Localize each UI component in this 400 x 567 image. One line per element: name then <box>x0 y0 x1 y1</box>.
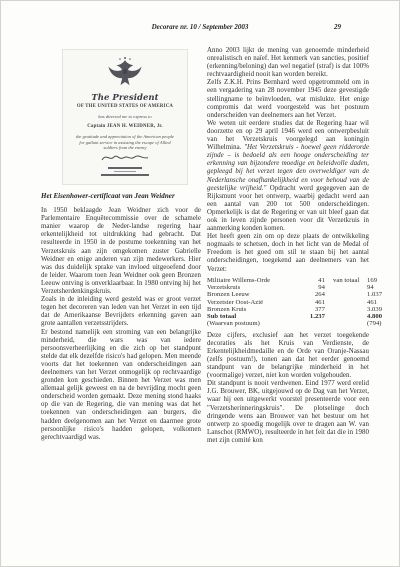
right-paragraph-6: Dit standpunt is nooit verdwenen. Eind 1… <box>207 380 369 445</box>
total-count: 1.037 <box>367 291 382 298</box>
table-row: Militaire Willems-Orde 41 van totaal 169 <box>207 277 369 284</box>
scanned-journal-page: Decorare nr. 10 / September 2003 29 The … <box>0 0 400 567</box>
verzet-count <box>293 320 325 327</box>
middle-label <box>325 320 367 327</box>
right-paragraph-3: We weten uit eerdere studies dat de Rege… <box>207 120 369 233</box>
verzet-count: 41 <box>293 277 325 284</box>
eisenhower-certificate-image: The President OF THE UNITED STATES OF AM… <box>62 49 188 185</box>
total-count: 169 <box>367 277 377 284</box>
left-column: The President OF THE UNITED STATES OF AM… <box>41 49 201 442</box>
certificate-title: The President <box>63 94 187 102</box>
left-paragraph-1: In 1950 beklaagde Jean Weidner zich voor… <box>41 207 201 296</box>
middle-label <box>325 306 367 313</box>
middle-label <box>325 299 367 306</box>
certificate-caption: Het Eisenhower-certificaat van Jean Weid… <box>41 192 201 200</box>
verzet-count: 377 <box>293 306 325 313</box>
signature-name-line <box>108 167 142 169</box>
verzet-count: 264 <box>293 291 325 298</box>
decoration-label: Bronzen Kruis <box>207 306 293 313</box>
page-number: 29 <box>334 23 341 31</box>
total-count: 94 <box>367 284 374 291</box>
signature-rank-line <box>114 171 136 173</box>
right-paragraph-1: Anno 2003 lijkt de mening van genoemde m… <box>207 47 369 79</box>
decoration-label: Bronzen Leeuw <box>207 291 293 298</box>
middle-label <box>325 291 367 298</box>
right-paragraph-5: Deze cijfers, exclusief aan het verzet t… <box>207 332 369 381</box>
decorations-table: Militaire Willems-Orde 41 van totaal 169… <box>207 277 369 328</box>
decoration-label: Sub totaal <box>207 313 293 320</box>
decoration-label: Militaire Willems-Orde <box>207 277 293 284</box>
left-paragraph-3: Er bestond namelijk een stroming van een… <box>41 329 201 442</box>
total-count: (794) <box>367 320 382 327</box>
signature-icon <box>63 152 187 166</box>
page-header: Decorare nr. 10 / September 2003 29 <box>1 23 399 31</box>
table-row-subtotal: Sub totaal 1.237 4.800 <box>207 313 369 320</box>
decoration-label: Verzetster Oost-Azië <box>207 299 293 306</box>
paragraph-3-outro: Opdracht werd gegegeven aan de Rijksmunt… <box>207 185 369 232</box>
eagle-seal-icon <box>63 54 187 94</box>
left-paragraph-2: Zoals in de inleiding werd gesteld was e… <box>41 296 201 328</box>
verzet-count: 1.237 <box>293 313 325 320</box>
certificate-recipient-name: Captain JEAN H. WEIDNER, Jr. <box>63 123 187 131</box>
table-row: Verzetster Oost-Azië 461 461 <box>207 299 369 306</box>
middle-label <box>325 284 367 291</box>
certificate-subtitle: OF THE UNITED STATES OF AMERICA <box>63 103 187 111</box>
right-column: Anno 2003 lijkt de mening van genoemde m… <box>207 47 369 445</box>
journal-title: Decorare nr. 10 / September 2003 <box>152 23 249 31</box>
middle-label: van totaal <box>325 277 367 284</box>
table-row: Verzetskruis 94 94 <box>207 284 369 291</box>
table-row: Bronzen Kruis 377 3.039 <box>207 306 369 313</box>
table-row-postuum: (Waarvan postuum) (794) <box>207 320 369 327</box>
verzet-count: 94 <box>293 284 325 291</box>
total-count: 461 <box>367 299 377 306</box>
right-paragraph-2: Zelfs Z.K.H. Prins Bernhard werd opgetro… <box>207 79 369 119</box>
certificate-body-text: the gratitude and appreciation of the Am… <box>74 134 176 151</box>
right-paragraph-4: Het heeft geen zin om op deze plaats de … <box>207 233 369 273</box>
total-count: 4.800 <box>367 313 382 320</box>
decoration-label: Verzetskruis <box>207 284 293 291</box>
verzet-count: 461 <box>293 299 325 306</box>
certificate-directed-line: has directed me to express to <box>63 113 187 121</box>
table-row: Bronzen Leeuw 264 1.037 <box>207 291 369 298</box>
middle-label <box>325 313 367 320</box>
decoration-label: (Waarvan postuum) <box>207 320 293 327</box>
signature-unit-line <box>101 174 149 176</box>
total-count: 3.039 <box>367 306 382 313</box>
